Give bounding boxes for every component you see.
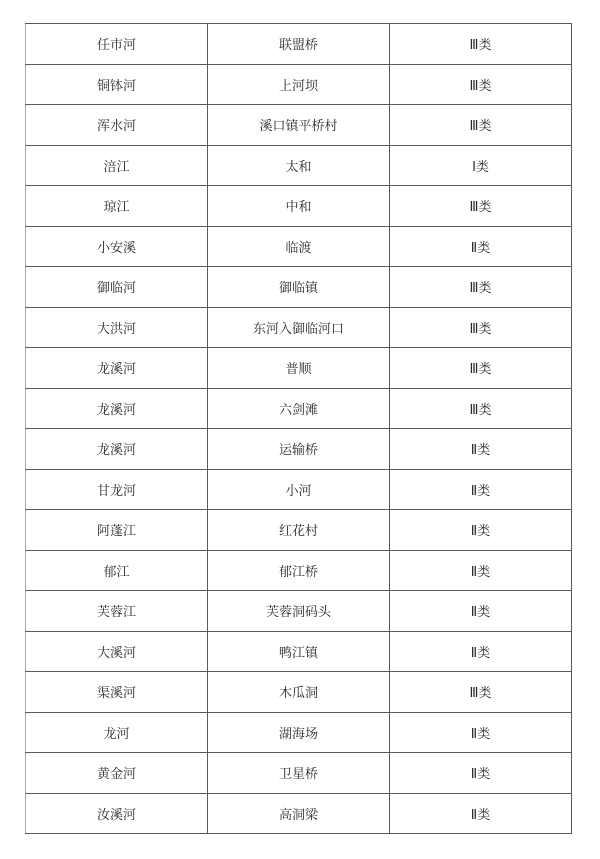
section-name-cell: 芙蓉洞码头 bbox=[208, 591, 390, 632]
section-name-cell: 运输桥 bbox=[208, 429, 390, 470]
section-name-cell: 临渡 bbox=[208, 226, 390, 267]
river-name-cell: 小安溪 bbox=[26, 226, 208, 267]
section-name-cell: 郁江桥 bbox=[208, 550, 390, 591]
water-class-cell: Ⅲ类 bbox=[390, 24, 572, 65]
section-name-cell: 御临镇 bbox=[208, 267, 390, 308]
water-class-cell: Ⅱ类 bbox=[390, 469, 572, 510]
section-name-cell: 高洞梁 bbox=[208, 793, 390, 834]
table-row: 龙溪河普顺Ⅲ类 bbox=[26, 348, 572, 389]
water-class-cell: Ⅱ类 bbox=[390, 753, 572, 794]
river-name-cell: 铜钵河 bbox=[26, 64, 208, 105]
section-name-cell: 木瓜洞 bbox=[208, 672, 390, 713]
river-name-cell: 汝溪河 bbox=[26, 793, 208, 834]
water-class-cell: Ⅱ类 bbox=[390, 510, 572, 551]
section-name-cell: 中和 bbox=[208, 186, 390, 227]
water-class-cell: Ⅱ类 bbox=[390, 429, 572, 470]
river-name-cell: 龙溪河 bbox=[26, 388, 208, 429]
river-name-cell: 琼江 bbox=[26, 186, 208, 227]
table-row: 龙溪河运输桥Ⅱ类 bbox=[26, 429, 572, 470]
section-name-cell: 普顺 bbox=[208, 348, 390, 389]
section-name-cell: 太和 bbox=[208, 145, 390, 186]
river-name-cell: 涪江 bbox=[26, 145, 208, 186]
water-class-cell: Ⅱ类 bbox=[390, 793, 572, 834]
table-row: 渠溪河木瓜洞Ⅲ类 bbox=[26, 672, 572, 713]
table-row: 芙蓉江芙蓉洞码头Ⅱ类 bbox=[26, 591, 572, 632]
water-class-cell: Ⅲ类 bbox=[390, 105, 572, 146]
table-row: 龙河湖海场Ⅱ类 bbox=[26, 712, 572, 753]
section-name-cell: 鸭江镇 bbox=[208, 631, 390, 672]
table-row: 浑水河溪口镇平桥村Ⅲ类 bbox=[26, 105, 572, 146]
water-class-cell: Ⅱ类 bbox=[390, 591, 572, 632]
river-name-cell: 渠溪河 bbox=[26, 672, 208, 713]
section-name-cell: 小河 bbox=[208, 469, 390, 510]
table-row: 小安溪临渡Ⅱ类 bbox=[26, 226, 572, 267]
river-name-cell: 芙蓉江 bbox=[26, 591, 208, 632]
table-row: 大溪河鸭江镇Ⅱ类 bbox=[26, 631, 572, 672]
water-class-cell: Ⅱ类 bbox=[390, 712, 572, 753]
river-name-cell: 阿蓬江 bbox=[26, 510, 208, 551]
table-row: 汝溪河高洞梁Ⅱ类 bbox=[26, 793, 572, 834]
section-name-cell: 联盟桥 bbox=[208, 24, 390, 65]
water-quality-table: 任市河联盟桥Ⅲ类铜钵河上河坝Ⅲ类浑水河溪口镇平桥村Ⅲ类涪江太和Ⅰ类琼江中和Ⅲ类小… bbox=[25, 23, 572, 834]
section-name-cell: 红花村 bbox=[208, 510, 390, 551]
section-name-cell: 卫星桥 bbox=[208, 753, 390, 794]
river-name-cell: 龙溪河 bbox=[26, 348, 208, 389]
river-name-cell: 甘龙河 bbox=[26, 469, 208, 510]
section-name-cell: 上河坝 bbox=[208, 64, 390, 105]
section-name-cell: 东河入御临河口 bbox=[208, 307, 390, 348]
river-name-cell: 大溪河 bbox=[26, 631, 208, 672]
river-name-cell: 郁江 bbox=[26, 550, 208, 591]
table-row: 任市河联盟桥Ⅲ类 bbox=[26, 24, 572, 65]
river-name-cell: 黄金河 bbox=[26, 753, 208, 794]
table-row: 琼江中和Ⅲ类 bbox=[26, 186, 572, 227]
water-class-cell: Ⅲ类 bbox=[390, 672, 572, 713]
river-name-cell: 御临河 bbox=[26, 267, 208, 308]
table-row: 甘龙河小河Ⅱ类 bbox=[26, 469, 572, 510]
table-row: 龙溪河六剑滩Ⅲ类 bbox=[26, 388, 572, 429]
table-row: 铜钵河上河坝Ⅲ类 bbox=[26, 64, 572, 105]
table-body: 任市河联盟桥Ⅲ类铜钵河上河坝Ⅲ类浑水河溪口镇平桥村Ⅲ类涪江太和Ⅰ类琼江中和Ⅲ类小… bbox=[26, 24, 572, 834]
section-name-cell: 溪口镇平桥村 bbox=[208, 105, 390, 146]
table-row: 阿蓬江红花村Ⅱ类 bbox=[26, 510, 572, 551]
water-class-cell: Ⅲ类 bbox=[390, 267, 572, 308]
section-name-cell: 六剑滩 bbox=[208, 388, 390, 429]
water-class-cell: Ⅲ类 bbox=[390, 388, 572, 429]
river-name-cell: 大洪河 bbox=[26, 307, 208, 348]
water-class-cell: Ⅱ类 bbox=[390, 550, 572, 591]
water-class-cell: Ⅱ类 bbox=[390, 631, 572, 672]
water-class-cell: Ⅲ类 bbox=[390, 307, 572, 348]
river-name-cell: 龙溪河 bbox=[26, 429, 208, 470]
table-row: 郁江郁江桥Ⅱ类 bbox=[26, 550, 572, 591]
river-name-cell: 浑水河 bbox=[26, 105, 208, 146]
section-name-cell: 湖海场 bbox=[208, 712, 390, 753]
water-class-cell: Ⅲ类 bbox=[390, 348, 572, 389]
table-row: 涪江太和Ⅰ类 bbox=[26, 145, 572, 186]
water-class-cell: Ⅱ类 bbox=[390, 226, 572, 267]
river-name-cell: 任市河 bbox=[26, 24, 208, 65]
table-row: 御临河御临镇Ⅲ类 bbox=[26, 267, 572, 308]
river-name-cell: 龙河 bbox=[26, 712, 208, 753]
water-class-cell: Ⅰ类 bbox=[390, 145, 572, 186]
table-row: 黄金河卫星桥Ⅱ类 bbox=[26, 753, 572, 794]
table-row: 大洪河东河入御临河口Ⅲ类 bbox=[26, 307, 572, 348]
water-class-cell: Ⅲ类 bbox=[390, 64, 572, 105]
water-class-cell: Ⅲ类 bbox=[390, 186, 572, 227]
